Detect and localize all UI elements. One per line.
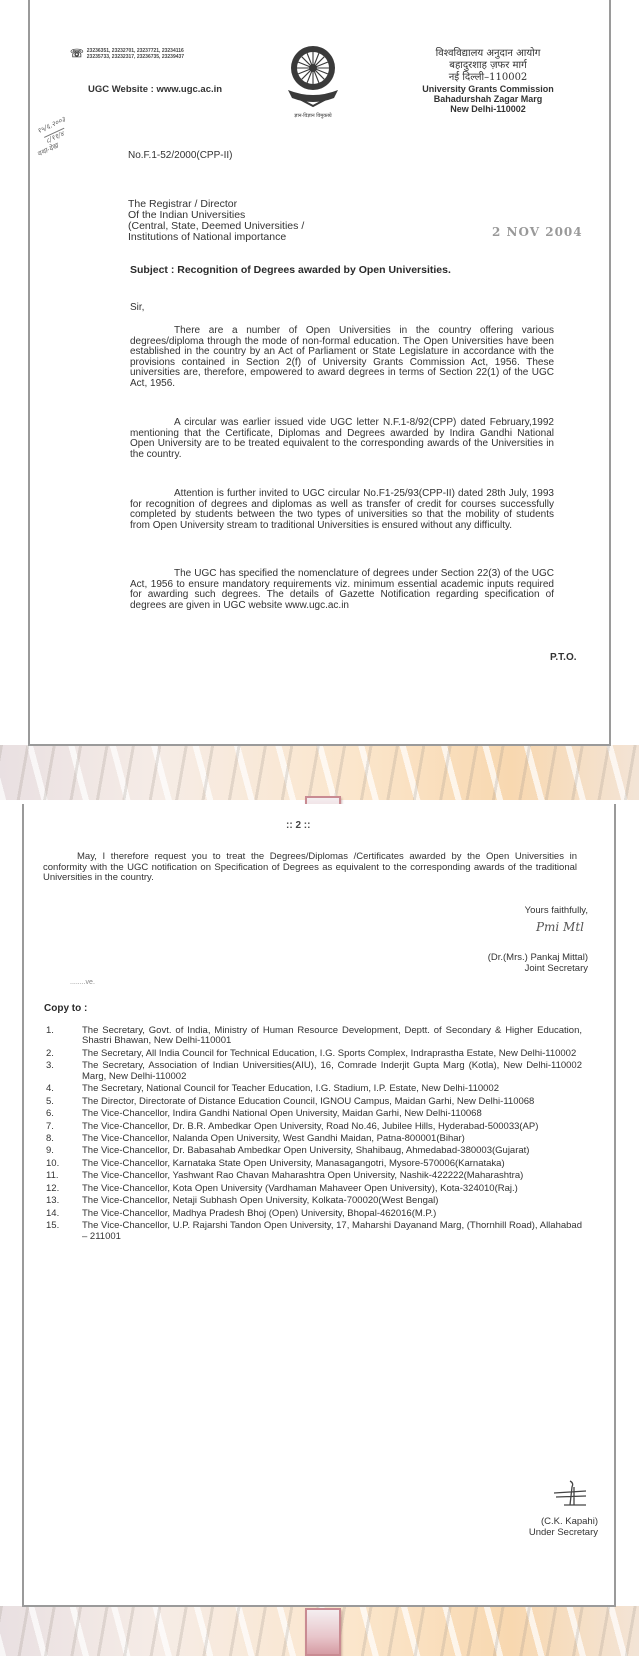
copy-to-number: 4. [44, 1084, 82, 1094]
salutation: Sir, [130, 302, 144, 313]
copy-to-item: 8.The Vice-Chancellor, Nalanda Open Univ… [44, 1134, 582, 1144]
body-paragraph: May, I therefore request you to treat th… [43, 852, 577, 884]
copy-to-item: 14.The Vice-Chancellor, Madhya Pradesh B… [44, 1209, 582, 1219]
copy-to-item: 13.The Vice-Chancellor, Netaji Subhash O… [44, 1196, 582, 1206]
copy-to-item: 3.The Secretary, Association of Indian U… [44, 1061, 582, 1082]
signature: Pmi Mtl [536, 920, 584, 934]
copy-to-number: 13. [44, 1196, 82, 1206]
copy-to-text: The Vice-Chancellor, Netaji Subhash Open… [82, 1196, 582, 1206]
copy-to-text: The Vice-Chancellor, Nalanda Open Univer… [82, 1134, 582, 1144]
page-separator-band [0, 745, 639, 800]
copy-to-item: 12.The Vice-Chancellor, Kota Open Univer… [44, 1184, 582, 1194]
handwritten-note: १५/६.२००३ ८/११/४ यथा-देख [36, 128, 66, 160]
copy-to-text: The Director, Directorate of Distance Ed… [82, 1097, 582, 1107]
document-page-2: :: 2 :: May, I therefore request you to … [22, 804, 616, 1607]
body-paragraph: Attention is further invited to UGC circ… [130, 489, 554, 531]
copy-to-number: 15. [44, 1221, 82, 1242]
page-number: :: 2 :: [286, 820, 310, 831]
phone-numbers: ☏ 23236351, 23232701, 23237721, 23234116… [70, 48, 184, 60]
copy-to-item: 7.The Vice-Chancellor, Dr. B.R. Ambedkar… [44, 1122, 582, 1132]
next-page-button[interactable] [305, 1608, 341, 1656]
copy-to-text: The Secretary, Association of Indian Uni… [82, 1061, 582, 1082]
ugc-emblem: ज्ञान-विज्ञान विमुक्तये [282, 40, 344, 119]
copy-to-text: The Secretary, Govt. of India, Ministry … [82, 1026, 582, 1047]
copy-to-item: 4.The Secretary, National Council for Te… [44, 1084, 582, 1094]
closing: Yours faithfully, [525, 905, 588, 916]
copy-to-number: 11. [44, 1171, 82, 1181]
faint-text: ........ve. [70, 979, 95, 986]
copy-to-item: 10.The Vice-Chancellor, Karnataka State … [44, 1159, 582, 1169]
copy-to-text: The Vice-Chancellor, Dr. Babasahab Ambed… [82, 1146, 582, 1156]
copy-to-number: 8. [44, 1134, 82, 1144]
copy-to-text: The Vice-Chancellor, Kota Open Universit… [82, 1184, 582, 1194]
copy-to-number: 5. [44, 1097, 82, 1107]
ugc-address-block: विश्वविद्यालय अनुदान आयोग बहादुरशाह ज़फर… [388, 48, 588, 114]
document-page-1: ☏ 23236351, 23232701, 23237721, 23234116… [28, 0, 611, 746]
copy-to-text: The Vice-Chancellor, Madhya Pradesh Bhoj… [82, 1209, 582, 1219]
body-paragraph: The UGC has specified the nomenclature o… [130, 569, 554, 611]
copy-to-number: 3. [44, 1061, 82, 1082]
copy-to-heading: Copy to : [44, 1003, 87, 1014]
copy-to-item: 5.The Director, Directorate of Distance … [44, 1097, 582, 1107]
copy-to-text: The Vice-Chancellor, Yashwant Rao Chavan… [82, 1171, 582, 1181]
copy-to-number: 2. [44, 1049, 82, 1059]
date-stamp: 2 NOV 2004 [492, 225, 583, 239]
copy-to-item: 11.The Vice-Chancellor, Yashwant Rao Cha… [44, 1171, 582, 1181]
subject-line: Subject : Recognition of Degrees awarded… [130, 264, 451, 276]
copy-to-item: 1.The Secretary, Govt. of India, Ministr… [44, 1026, 582, 1047]
reference-number: No.F.1-52/2000(CPP-II) [128, 150, 233, 161]
copy-to-item: 6.The Vice-Chancellor, Indira Gandhi Nat… [44, 1109, 582, 1119]
copy-to-text: The Vice-Chancellor, Karnataka State Ope… [82, 1159, 582, 1169]
emblem-motto: ज्ञान-विज्ञान विमुक्तये [282, 113, 344, 119]
signature-scribble-icon [552, 1479, 588, 1507]
addressee: The Registrar / Director Of the Indian U… [128, 199, 304, 243]
signature-2 [552, 1479, 588, 1511]
copy-to-number: 14. [44, 1209, 82, 1219]
ugc-website: UGC Website : www.ugc.ac.in [88, 84, 222, 95]
copy-to-text: The Secretary, National Council for Teac… [82, 1084, 582, 1094]
copy-to-number: 9. [44, 1146, 82, 1156]
copy-to-text: The Vice-Chancellor, Dr. B.R. Ambedkar O… [82, 1122, 582, 1132]
copy-to-item: 9.The Vice-Chancellor, Dr. Babasahab Amb… [44, 1146, 582, 1156]
copy-to-text: The Vice-Chancellor, U.P. Rajarshi Tando… [82, 1221, 582, 1242]
copy-to-number: 7. [44, 1122, 82, 1132]
copy-to-number: 1. [44, 1026, 82, 1047]
copy-to-number: 12. [44, 1184, 82, 1194]
copy-to-text: The Secretary, All India Council for Tec… [82, 1049, 582, 1059]
body-paragraph: There are a number of Open Universities … [130, 326, 554, 389]
body-paragraph: A circular was earlier issued vide UGC l… [130, 418, 554, 460]
copy-to-number: 10. [44, 1159, 82, 1169]
telephone-icon: ☏ [70, 51, 84, 57]
signatory-block: (Dr.(Mrs.) Pankaj Mittal) Joint Secretar… [488, 952, 588, 974]
copy-to-item: 15.The Vice-Chancellor, U.P. Rajarshi Ta… [44, 1221, 582, 1242]
copy-to-text: The Vice-Chancellor, Indira Gandhi Natio… [82, 1109, 582, 1119]
pto-marker: P.T.O. [550, 652, 577, 663]
copy-to-number: 6. [44, 1109, 82, 1119]
ashoka-chakra-icon [282, 40, 344, 110]
copy-to-list: 1.The Secretary, Govt. of India, Ministr… [44, 1026, 582, 1244]
signatory-2-block: (C.K. Kapahi) Under Secretary [529, 1516, 598, 1538]
copy-to-item: 2.The Secretary, All India Council for T… [44, 1049, 582, 1059]
